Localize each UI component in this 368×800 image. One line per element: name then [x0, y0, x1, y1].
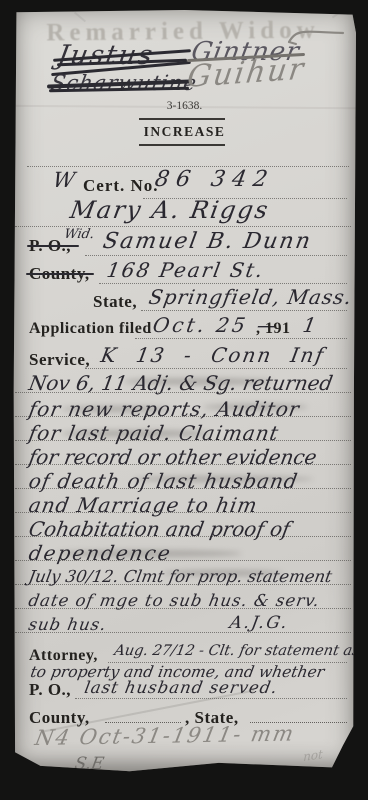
husband-name: Samuel B. Dunn	[101, 229, 314, 254]
crease-line	[332, 8, 346, 19]
rule-above-heading	[139, 118, 225, 120]
note-line: sub hus.	[27, 615, 108, 634]
note-line: of death of last husband	[27, 469, 300, 493]
cert-class-hw: W	[51, 168, 77, 192]
state-label: State,	[93, 292, 137, 312]
rule-below-heading	[139, 144, 225, 146]
note-line: Cohabitation and proof of	[27, 517, 292, 541]
note-line: July 30/12. Clmt for prop. statement	[27, 567, 334, 586]
street-address: 168 Pearl St.	[105, 258, 266, 282]
note-line: for last paid. Claimant	[27, 421, 281, 445]
widow-abbrev-hw: Wid.	[63, 227, 95, 242]
note-line: for new reports, Auditor	[27, 397, 302, 421]
ruled-line	[85, 368, 347, 369]
strike-line	[26, 273, 94, 275]
ruled-line	[75, 698, 347, 699]
increase-heading: INCREASE	[13, 124, 356, 140]
form-number: 3-1638.	[13, 100, 356, 112]
attorney-note-hw: last husband served.	[83, 678, 279, 697]
pensioner-name: Mary A. Riggs	[68, 196, 272, 224]
cert-no-value: 86 342	[153, 167, 276, 192]
application-year-hw: 1	[301, 313, 318, 337]
note-line: for record or other evidence	[27, 445, 319, 469]
review-date-pencil: N4 Oct-31-1911- mm	[33, 721, 297, 750]
application-filed-label: Application filed	[29, 320, 152, 338]
po-label-bottom: P. O.,	[29, 680, 71, 700]
replacement-name-pencil: Guihur	[185, 51, 308, 95]
examiner-initials: A.J.G.	[228, 613, 290, 633]
cert-no-label: Cert. No.	[83, 176, 159, 196]
city-state-value: Springfield, Mass.	[147, 285, 354, 309]
service-value: K 13 - Conn Inf	[99, 343, 327, 367]
service-label: Service,	[29, 350, 90, 370]
pension-index-card: Remarried Widow Justus Gintner Scharwuti…	[13, 10, 356, 772]
ruled-line	[99, 283, 347, 284]
scanned-pension-card-page: { "stamp": { "text": "Remarried Widow" }…	[0, 0, 368, 800]
ruled-line	[141, 310, 347, 311]
corner-scribble-pencil: not	[303, 747, 323, 764]
reviewer-initials-pencil: S.E	[73, 754, 105, 774]
ruled-line	[85, 255, 347, 256]
strike-line	[27, 245, 79, 247]
note-line: Nov 6, 11 Adj. & Sg. returned	[27, 371, 335, 395]
note-line: date of mge to sub hus. & serv.	[27, 591, 321, 610]
attorney-note-hw: Aug. 27/12 - Clt. for statement as	[113, 643, 361, 659]
application-year-printed: , 191	[256, 320, 291, 338]
ruled-line	[135, 338, 347, 339]
note-line: and Marriage to him	[27, 493, 260, 517]
note-line: dependence	[27, 541, 174, 565]
